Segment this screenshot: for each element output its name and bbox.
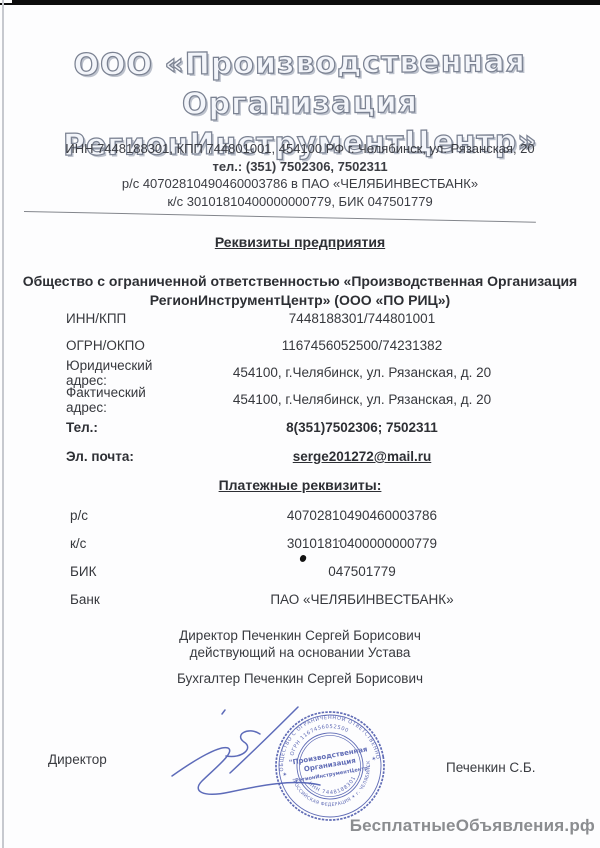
row-value: 30101810400000000779 xyxy=(190,536,534,551)
site-watermark: БесплатныеОбъявления.рф xyxy=(350,816,595,836)
table-row-phone: Тел.: 8(351)7502306; 7502311 xyxy=(0,413,600,442)
row-value: 8(351)7502306; 7502311 xyxy=(190,420,534,435)
row-label: р/с xyxy=(0,508,190,523)
stamp-star-right: ✶ xyxy=(371,755,377,763)
signature-name-label: Печенкин С.Б. xyxy=(446,760,536,775)
director-authority-line2: действующий на основании Устава xyxy=(0,644,600,661)
table-row-bank: Банк ПАО «ЧЕЛЯБИНВЕСТБАНК» xyxy=(0,585,600,613)
table-row-legal-address: Юридический адрес: 454100, г.Челябинск, … xyxy=(0,359,600,386)
row-label: к/с xyxy=(0,536,190,551)
row-value: ПАО «ЧЕЛЯБИНВЕСТБАНК» xyxy=(190,592,534,607)
scan-speck-artifact-small xyxy=(338,540,341,542)
table-row-corr-account: к/с 30101810400000000779 xyxy=(0,529,600,557)
email-value: serge201272@mail.ru xyxy=(190,449,534,464)
requisites-heading: Реквизиты предприятия xyxy=(0,234,600,250)
letterhead-phone-line: тел.: (351) 7502306, 7502311 xyxy=(0,158,600,176)
payment-requisites-heading: Платежные реквизиты: xyxy=(0,477,600,493)
table-row-actual-address: Фактический адрес: 454100, г.Челябинск, … xyxy=(0,386,600,413)
row-value: 454100, г.Челябинск, ул. Рязанская, д. 2… xyxy=(190,392,534,407)
letterhead-contact-info: ИНН 7448188301, КПП 744801001, 454100 РФ… xyxy=(0,140,600,210)
requisites-table: ИНН/КПП 7448188301/744801001 ОГРН/ОКПО 1… xyxy=(0,305,600,471)
row-value: 454100, г.Челябинск, ул. Рязанская, д. 2… xyxy=(190,365,534,380)
table-row-email: Эл. почта: serge201272@mail.ru xyxy=(0,442,600,471)
row-label: Юридический адрес: xyxy=(0,358,190,388)
letterhead-corr-account-line: к/с 30101810400000000779, БИК 047501779 xyxy=(0,193,600,211)
table-row-settlement-account: р/с 40702810490460003786 xyxy=(0,501,600,529)
accountant-line: Бухгалтер Печенкин Сергей Борисович xyxy=(0,670,600,687)
horizontal-divider xyxy=(24,211,536,223)
company-title-line1: ООО «Производственная Организация xyxy=(0,41,600,126)
letterhead-inn-kpp-line: ИНН 7448188301, КПП 744801001, 454100 РФ… xyxy=(0,140,600,158)
row-value: 1167456052500/74231382 xyxy=(190,338,534,353)
row-value: 047501779 xyxy=(190,564,534,579)
company-full-name-line1: Общество с ограниченной ответственностью… xyxy=(20,272,580,291)
row-label: Эл. почта: xyxy=(0,449,190,464)
row-label: Тел.: xyxy=(0,420,190,435)
row-label: БИК xyxy=(0,564,190,579)
scan-edge-artifact-top xyxy=(0,0,600,5)
signatories-block: Директор Печенкин Сергей Борисович дейст… xyxy=(0,627,600,687)
scanned-requisites-document: ООО «Производственная Организация Регион… xyxy=(0,0,600,848)
row-label: Банк xyxy=(0,592,190,607)
director-signature xyxy=(168,693,333,813)
director-authority-line1: Директор Печенкин Сергей Борисович xyxy=(0,627,600,644)
row-value: 7448188301/744801001 xyxy=(190,311,534,326)
signature-role-label: Директор xyxy=(48,752,107,767)
table-row-ogrn-okpo: ОГРН/ОКПО 1167456052500/74231382 xyxy=(0,332,600,359)
row-value: 40702810490460003786 xyxy=(190,508,534,523)
row-label: ИНН/КПП xyxy=(0,311,190,326)
table-row-inn-kpp: ИНН/КПП 7448188301/744801001 xyxy=(0,305,600,332)
row-label: ОГРН/ОКПО xyxy=(0,338,190,353)
row-label: Фактический адрес: xyxy=(0,385,190,415)
letterhead-account-line: р/с 40702810490460003786 в ПАО «ЧЕЛЯБИНВ… xyxy=(0,175,600,193)
